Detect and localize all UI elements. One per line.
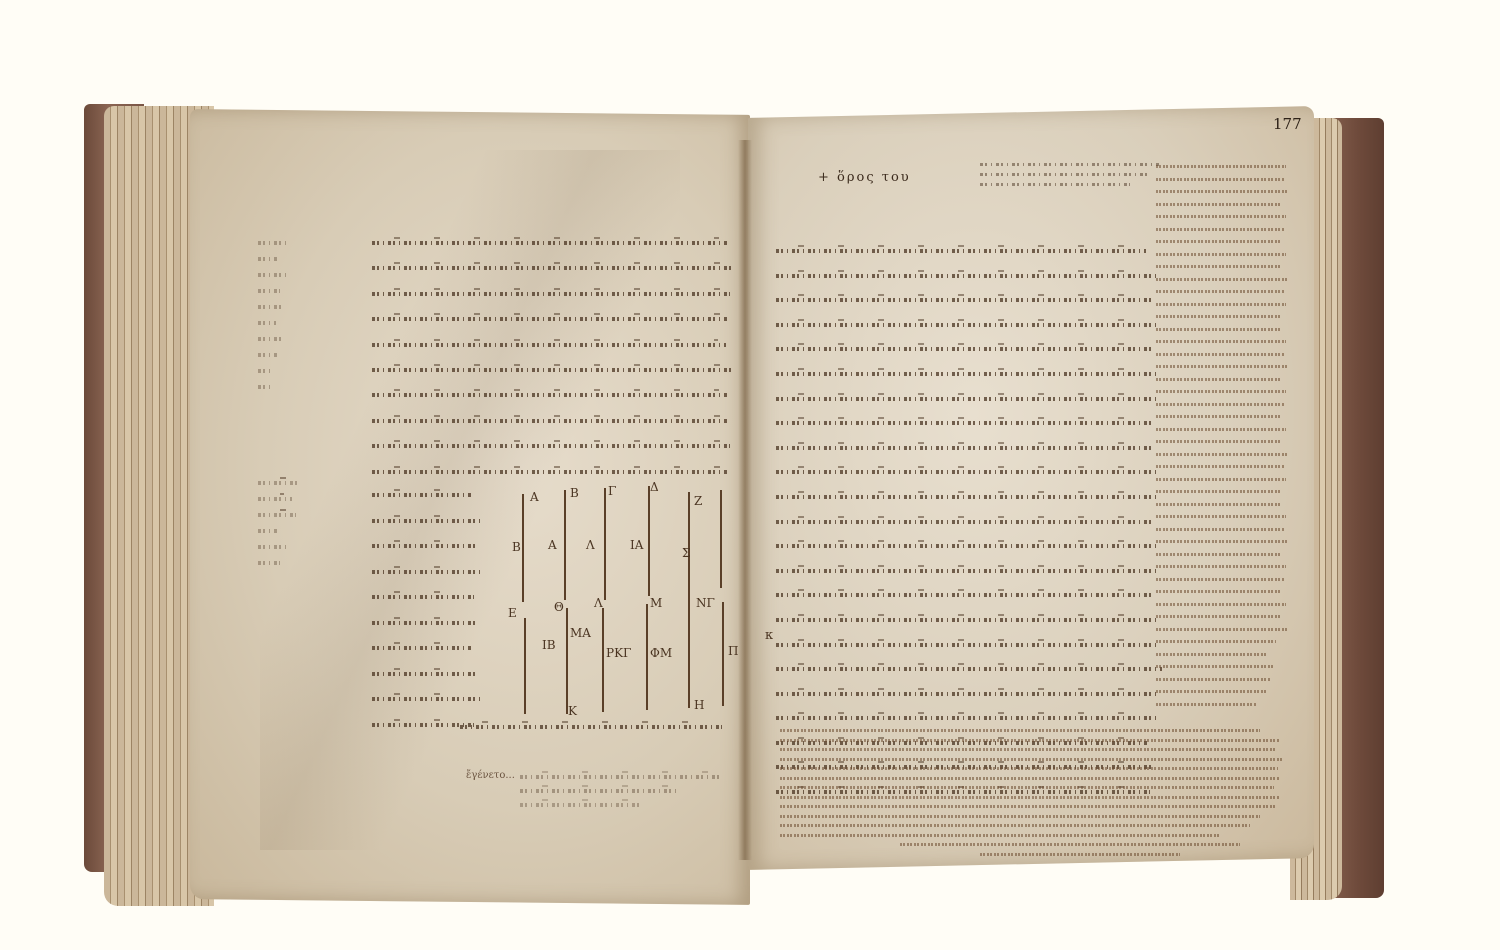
diagram-line — [646, 604, 648, 710]
book-gutter — [738, 140, 752, 860]
header-text: ὅρος του — [837, 170, 911, 185]
calculation-note: ἔγένετο... — [466, 770, 515, 781]
diagram-line — [688, 492, 690, 708]
calculation-figures — [520, 766, 720, 808]
diagram-line — [648, 486, 650, 596]
bottom-scholia — [780, 726, 1300, 859]
left-narrow-column — [372, 484, 492, 739]
diagram-line — [604, 488, 606, 600]
page-header: + ὅρος του — [818, 170, 911, 185]
marginal-letter: κ — [765, 628, 773, 643]
left-closing-line — [460, 716, 722, 736]
diagram-line — [524, 618, 526, 714]
folio-number: 177 — [1273, 115, 1302, 133]
cross-mark-icon: + — [818, 170, 831, 185]
left-margin-notes — [258, 232, 298, 568]
right-main-text — [776, 240, 1164, 806]
geometric-diagram: Α Β Γ Δ Ζ Β Α Λ ΙΑ Σ Ε Θ Λ Μ ΝΓ Π ΙΒ ΜΑ … — [490, 476, 730, 716]
top-scholion — [980, 160, 1170, 190]
diagram-line — [722, 602, 724, 706]
diagram-line — [602, 608, 604, 712]
right-scholia-column — [1156, 160, 1292, 710]
diagram-line — [720, 490, 722, 588]
diagram-line — [522, 494, 524, 602]
diagram-line — [564, 490, 566, 600]
left-main-text — [372, 232, 734, 486]
diagram-line — [566, 608, 568, 714]
